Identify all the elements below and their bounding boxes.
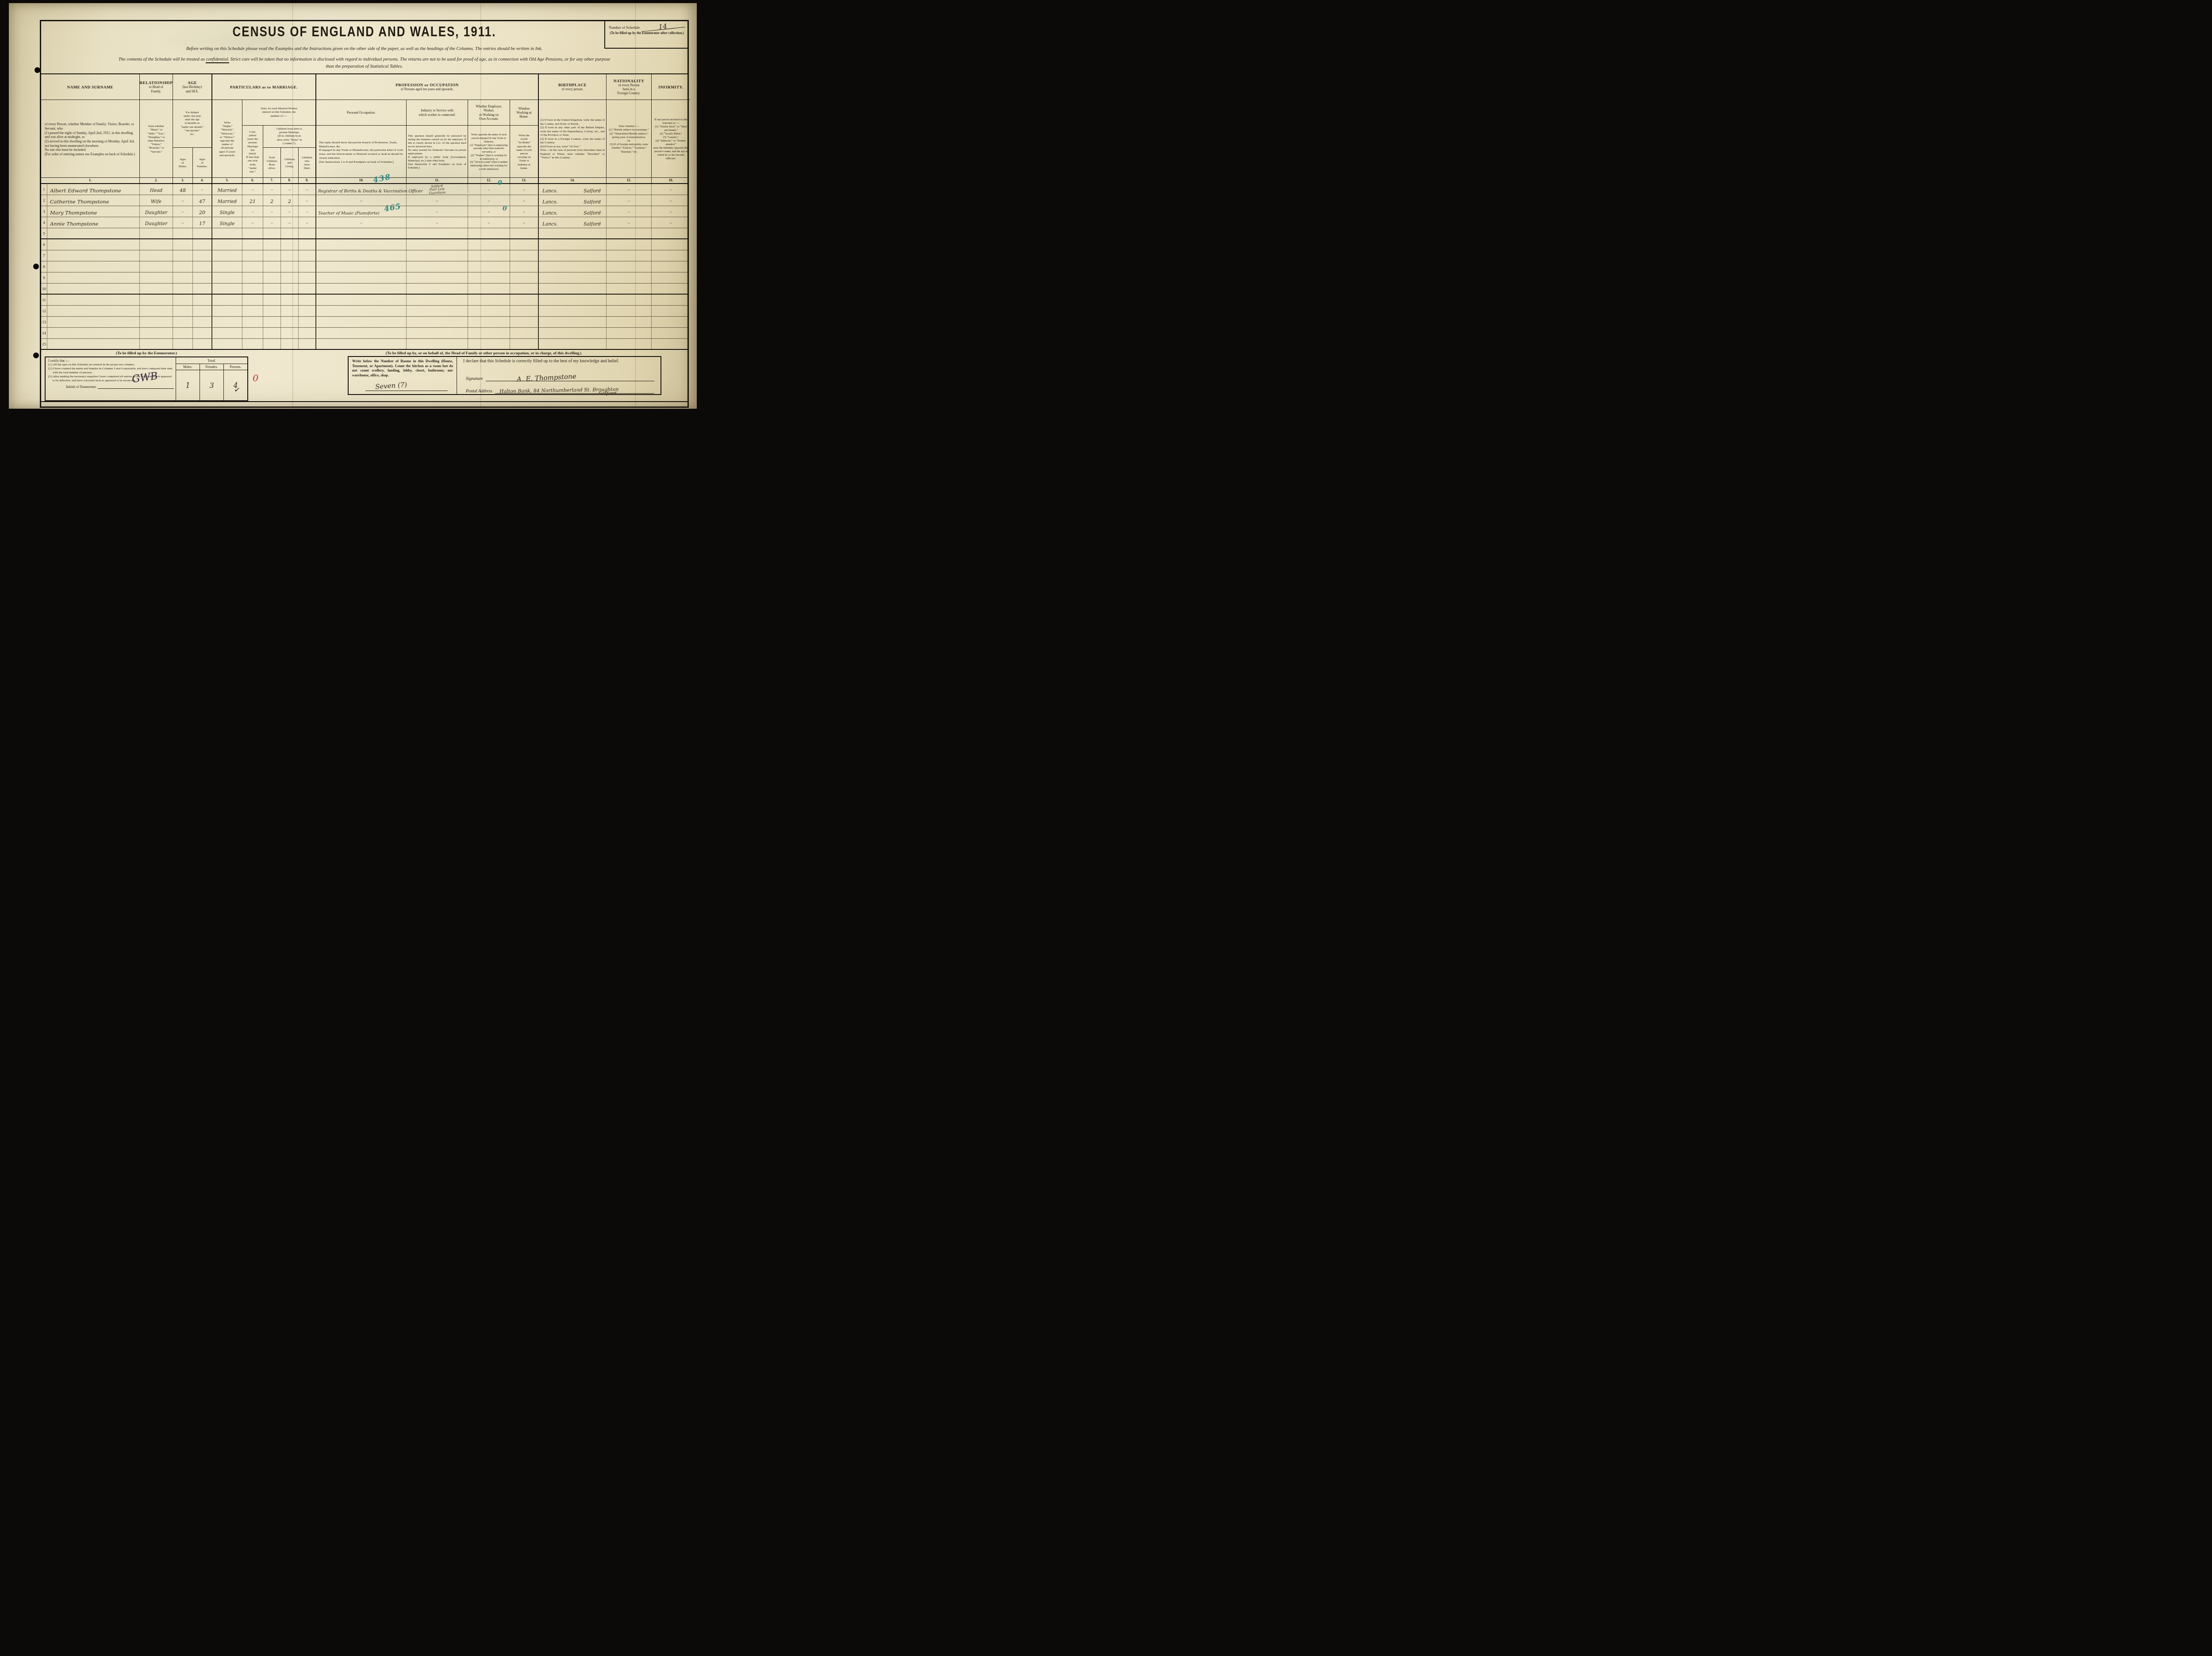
enumerator-section-header: (To be filled up by the Enumerator.) [45, 351, 248, 355]
schedule-number-label: Number of Schedule [609, 25, 640, 30]
empty-cell [242, 272, 263, 283]
empty-cell [281, 272, 299, 283]
age-females-entry: – [193, 184, 212, 195]
totals-females-column: Females. 3 [200, 364, 224, 400]
age-males-entry: – [173, 195, 193, 206]
empty-cell [607, 250, 652, 261]
col-header-personal-occupation: Personal Occupation. [316, 100, 407, 126]
empty-cell [173, 306, 193, 316]
column-number: 2. [140, 178, 173, 183]
empty-cell [193, 328, 212, 338]
empty-cell [242, 250, 263, 261]
empty-cell [316, 328, 407, 338]
empty-cell [316, 317, 407, 327]
empty-cell [510, 261, 539, 272]
punch-hole [33, 264, 39, 269]
empty-cell [299, 306, 316, 316]
empty-cell [407, 228, 468, 238]
column-number: 8. [281, 178, 299, 183]
col-instructions-birthplace: (1) If born in the United Kingdom, write… [539, 100, 607, 179]
empty-cell [212, 295, 242, 305]
empty-cell [47, 295, 140, 305]
females-label: Females. [200, 364, 223, 370]
children-living-entry: – [281, 184, 299, 195]
schedule-number-note: (To be filled up by the Enumerator after… [609, 31, 685, 35]
table-row-6: 6 [41, 239, 687, 250]
empty-cell [299, 284, 316, 294]
empty-cell [299, 317, 316, 327]
column-number-row: 1. 2. 3. 4. 5. 6. 7. 8. 9. 10. 11. 12. 1… [41, 178, 687, 184]
empty-cell [193, 317, 212, 327]
householder-section-header: (To be filled up by, or on behalf of, th… [289, 351, 678, 355]
rooms-cell: Write below the Number of Rooms in this … [349, 357, 457, 394]
row-number: 5 [41, 228, 47, 238]
empty-cell [468, 272, 510, 283]
col-header-age-sex: AGE(last Birthday) and SEX. [173, 74, 212, 100]
employer-worker-entry: – [468, 195, 510, 206]
empty-cell [539, 239, 607, 250]
empty-cell [607, 272, 652, 283]
empty-cell [468, 261, 510, 272]
table-row-13: 13 [41, 317, 687, 328]
scanned-census-page: CENSUS OF ENGLAND AND WALES, 1911. Numbe… [0, 0, 706, 414]
empty-cell [468, 328, 510, 338]
empty-cell [299, 272, 316, 283]
table-row-2: 2 Catherine Thompstone Wife – 47 Married… [41, 195, 687, 206]
marriage-entry: Single [212, 217, 242, 228]
empty-cell [281, 328, 299, 338]
empty-cell [212, 261, 242, 272]
paper-sheet: CENSUS OF ENGLAND AND WALES, 1911. Numbe… [9, 3, 697, 409]
empty-cell [407, 284, 468, 294]
empty-cell [652, 295, 690, 305]
empty-cell [47, 250, 140, 261]
empty-cell [173, 250, 193, 261]
empty-cell [212, 306, 242, 316]
empty-cell [140, 317, 173, 327]
col-instructions-nationality: State whether :— (1) “British subject by… [607, 100, 652, 179]
empty-cell [468, 239, 510, 250]
householder-box: Write below the Number of Rooms in this … [348, 356, 661, 395]
empty-cell [173, 261, 193, 272]
empty-cell [193, 272, 212, 283]
empty-cell [140, 228, 173, 238]
empty-cell [47, 239, 140, 250]
empty-cell [316, 306, 407, 316]
row-number: 8 [41, 261, 47, 272]
at-home-entry: – [510, 217, 539, 228]
empty-cell [242, 317, 263, 327]
signature-row: Signature A. E. Thompstone [466, 373, 654, 381]
industry-entry: – [407, 206, 468, 217]
table-row-11: 11 [41, 295, 687, 306]
row-number: 14 [41, 328, 47, 338]
empty-cell [539, 284, 607, 294]
name-entry: Annie Thompstone [47, 217, 140, 228]
instruction-line-1: Before writing on this Schedule please r… [41, 46, 687, 51]
green-zero-annotation: 0 [503, 205, 507, 212]
column-number: 10. [316, 178, 407, 183]
empty-cell [652, 317, 690, 327]
empty-cell [212, 339, 242, 349]
empty-cell [407, 306, 468, 316]
empty-cell [173, 295, 193, 305]
empty-cell [140, 250, 173, 261]
column-number: 16. [652, 178, 690, 183]
empty-cell [263, 317, 281, 327]
marriage-entry: Single [212, 206, 242, 217]
empty-cell [652, 272, 690, 283]
years-married-entry: – [242, 206, 263, 217]
empty-cell [212, 272, 242, 283]
empty-cell [316, 228, 407, 238]
empty-cell [539, 306, 607, 316]
column-number: 3. [173, 178, 193, 183]
empty-cell [193, 261, 212, 272]
empty-cell [193, 250, 212, 261]
empty-cell [468, 250, 510, 261]
employer-worker-entry: – [468, 184, 510, 195]
empty-cell [281, 284, 299, 294]
table-row-12: 12 [41, 306, 687, 317]
males-value: 1 [176, 370, 200, 400]
empty-cell [652, 250, 690, 261]
postal-address-row: Postal Address Halton Bank, 84 Northumbe… [466, 385, 654, 394]
nationality-entry: – [607, 206, 652, 217]
bottom-rule [41, 401, 687, 402]
empty-cell [539, 250, 607, 261]
empty-cell [510, 228, 539, 238]
at-home-entry: – [510, 195, 539, 206]
row-number: 11 [41, 295, 47, 305]
relationship-entry: Daughter [140, 206, 173, 217]
empty-cell [539, 339, 607, 349]
children-died-entry: – [299, 206, 316, 217]
col-header-children-born: Children born alive to present Marriage.… [263, 126, 316, 148]
empty-cell [299, 339, 316, 349]
empty-cell [281, 306, 299, 316]
relationship-entry: Daughter [140, 217, 173, 228]
age-males-entry: – [173, 206, 193, 217]
empty-cell [263, 239, 281, 250]
industry-entry: – [407, 195, 468, 206]
empty-cell [242, 228, 263, 238]
empty-cell [140, 272, 173, 283]
relationship-entry: Wife [140, 195, 173, 206]
empty-cell [407, 239, 468, 250]
empty-cell [263, 339, 281, 349]
census-form: CENSUS OF ENGLAND AND WALES, 1911. Numbe… [40, 20, 689, 408]
initials-label: Initials of Enumerator [66, 385, 96, 389]
postal-address-town: Salford [599, 391, 617, 396]
green-zero-annotation: 0 [498, 180, 502, 187]
empty-cell [607, 328, 652, 338]
empty-cell [299, 228, 316, 238]
col-header-working-at-home: Whether Working at Home. [510, 100, 539, 126]
col-instructions-married-woman: State, for each Married Woman entered on… [242, 100, 316, 126]
table-row-1: 1 Albert Edward Thompstone Head 48 – Mar… [41, 184, 687, 195]
empty-cell [263, 228, 281, 238]
column-number: 5. [212, 178, 242, 183]
empty-cell [193, 306, 212, 316]
empty-cell [607, 239, 652, 250]
empty-cell [299, 328, 316, 338]
rooms-instructions: Write below the Number of Rooms in this … [352, 359, 453, 378]
birthplace-entry: Lancs.Salford [539, 206, 607, 217]
confidential-underlined: confidential. [206, 57, 229, 63]
schedule-number-value: 14 [641, 22, 685, 32]
males-label: Males. [176, 364, 200, 370]
nationality-entry: – [607, 217, 652, 228]
empty-cell [212, 284, 242, 294]
col-header-children-total: Total Children Born Alive. [263, 148, 281, 179]
empty-cell [607, 306, 652, 316]
empty-cell [316, 339, 407, 349]
col-header-nationality: NATIONALITYof every Person born in a For… [607, 74, 652, 100]
empty-cell [242, 306, 263, 316]
nationality-entry: – [607, 195, 652, 206]
row-number: 9 [41, 272, 47, 283]
marriage-entry: Married [212, 195, 242, 206]
col-header-infirmity: INFIRMITY. [652, 74, 690, 100]
empty-cell [316, 250, 407, 261]
table-row-9: 9 [41, 272, 687, 284]
empty-cell [407, 261, 468, 272]
empty-cell [140, 284, 173, 294]
persons-label: Persons. [224, 364, 247, 370]
empty-cell [173, 272, 193, 283]
name-entry: Albert Edward Thompstone [47, 184, 140, 195]
col-header-employer-worker: Whether Employer, Worker, or Working on … [468, 100, 510, 126]
empty-cell [281, 250, 299, 261]
tick-mark: ✓ [234, 385, 241, 395]
col-instructions-industry: This question should generally be answer… [407, 126, 468, 179]
table-body: 1 Albert Edward Thompstone Head 48 – Mar… [41, 184, 687, 350]
empty-cell [140, 306, 173, 316]
relationship-entry: Head [140, 184, 173, 195]
empty-cell [140, 261, 173, 272]
empty-cell [407, 339, 468, 349]
empty-cell [510, 284, 539, 294]
empty-cell [652, 328, 690, 338]
empty-cell [47, 317, 140, 327]
empty-cell [140, 328, 173, 338]
nationality-entry: – [607, 184, 652, 195]
declaration-cell: I declare that this Schedule is correctl… [457, 357, 661, 394]
totals-males-column: Males. 1 [176, 364, 200, 400]
table-row-4: 4 Annie Thompstone Daughter – 17 Single … [41, 217, 687, 228]
signature-label: Signature [466, 376, 483, 381]
empty-cell [193, 295, 212, 305]
age-males-entry: 48 [173, 184, 193, 195]
initials-line [98, 384, 174, 389]
name-entry: Mary Thompstone [47, 206, 140, 217]
empty-cell [299, 261, 316, 272]
col-header-relationship: RELATIONSHIPto Head of Family. [140, 74, 173, 100]
children-died-entry: – [299, 184, 316, 195]
empty-cell [510, 328, 539, 338]
empty-cell [281, 339, 299, 349]
column-number: 13. [510, 178, 539, 183]
empty-cell [242, 295, 263, 305]
employer-worker-entry: – [468, 217, 510, 228]
schedule-number-box: Number of Schedule 14 (To be filled up b… [604, 21, 687, 49]
empty-cell [281, 228, 299, 238]
empty-cell [468, 284, 510, 294]
empty-cell [316, 284, 407, 294]
marriage-entry: Married [212, 184, 242, 195]
table-row-7: 7 [41, 250, 687, 261]
empty-cell [299, 295, 316, 305]
empty-cell [539, 328, 607, 338]
totals-header: Total. [176, 357, 247, 364]
empty-cell [281, 317, 299, 327]
row-number: 4 [41, 217, 47, 228]
birthplace-entry: Lancs.Salford [539, 195, 607, 206]
empty-cell [607, 284, 652, 294]
empty-cell [47, 284, 140, 294]
col-instructions-employer-worker: Write opposite the name of each person e… [468, 126, 510, 179]
empty-cell [173, 239, 193, 250]
column-number: 15. [607, 178, 652, 183]
empty-cell [263, 272, 281, 283]
row-number: 15 [41, 339, 47, 349]
empty-cell [140, 339, 173, 349]
empty-cell [407, 317, 468, 327]
birthplace-entry: Lancs.Salford [539, 184, 607, 195]
table-row-3: 3 Mary Thompstone Daughter – 20 Single –… [41, 206, 687, 217]
empty-cell [263, 284, 281, 294]
children-born-entry: – [263, 206, 281, 217]
infirmity-entry: – [652, 184, 690, 195]
column-number: 9. [299, 178, 316, 183]
row-number: 12 [41, 306, 47, 316]
empty-cell [242, 339, 263, 349]
table-row-10: 10 [41, 284, 687, 295]
empty-cell [468, 295, 510, 305]
empty-cell [652, 228, 690, 238]
confidential-text-pre: The contents of the Schedule will be tre… [119, 57, 206, 62]
col-header-children-living: Children still Living. [281, 148, 299, 179]
table-row-5: 5 [41, 228, 687, 239]
empty-cell [468, 306, 510, 316]
empty-cell [607, 228, 652, 238]
empty-cell [510, 306, 539, 316]
empty-cell [539, 261, 607, 272]
empty-cell [281, 295, 299, 305]
at-home-entry: – [510, 184, 539, 195]
empty-cell [263, 261, 281, 272]
col-header-children-died: Children who have Died. [299, 148, 316, 179]
empty-cell [140, 239, 173, 250]
col-header-ages-females: Ages of Females. [193, 148, 212, 179]
females-value: 3 [200, 370, 223, 400]
empty-cell [212, 239, 242, 250]
empty-cell [316, 272, 407, 283]
infirmity-entry: – [652, 195, 690, 206]
signature-line: A. E. Thompstone [486, 373, 654, 381]
age-females-entry: 47 [193, 195, 212, 206]
occupation-entry: Registrar of Births & Deaths & Vaccinati… [316, 184, 407, 195]
col-instructions-age-infants: For Infants under one year state the age… [173, 100, 212, 148]
empty-cell [510, 272, 539, 283]
children-died-entry: – [299, 195, 316, 206]
empty-cell [316, 261, 407, 272]
empty-cell [468, 228, 510, 238]
empty-cell [299, 250, 316, 261]
row-number: 6 [41, 239, 47, 250]
empty-cell [539, 272, 607, 283]
empty-cell [263, 328, 281, 338]
declaration-text: I declare that this Schedule is correctl… [463, 359, 654, 364]
empty-cell [242, 239, 263, 250]
empty-cell [47, 272, 140, 283]
instruction-line-2: The contents of the Schedule will be tre… [41, 57, 687, 62]
empty-cell [281, 239, 299, 250]
col-instructions-occupation: The reply should show the precise branch… [316, 126, 407, 179]
empty-cell [242, 284, 263, 294]
column-number: 12. [468, 178, 510, 183]
children-born-entry: – [263, 217, 281, 228]
rooms-line [365, 391, 448, 391]
empty-cell [47, 306, 140, 316]
col-header-name: NAME AND SURNAME [41, 74, 140, 100]
col-instructions-marital-condition: Write “Single,” “Married,” “Widower,” or… [212, 100, 242, 179]
children-died-entry: – [299, 217, 316, 228]
empty-cell [173, 317, 193, 327]
signature-value: A. E. Thompstone [516, 372, 576, 383]
empty-cell [652, 306, 690, 316]
empty-cell [47, 339, 140, 349]
col-instructions-working-at-home: Write the words “At Home” opposite the n… [510, 126, 539, 179]
table-row-8: 8 [41, 261, 687, 272]
group-header-profession: PROFESSION or OCCUPATIONof Persons aged … [316, 74, 539, 100]
red-check-annotation: 0 [253, 373, 258, 383]
certify-intro: I certify that :— [48, 359, 174, 363]
empty-cell [193, 339, 212, 349]
years-married-entry: 21 [242, 195, 263, 206]
age-females-entry: 17 [193, 217, 212, 228]
certify-item: (1.) All the ages on this Schedule are e… [48, 363, 174, 367]
children-living-entry: 2 [281, 195, 299, 206]
empty-cell [193, 284, 212, 294]
empty-cell [407, 328, 468, 338]
empty-cell [173, 339, 193, 349]
empty-cell [539, 228, 607, 238]
empty-cell [242, 261, 263, 272]
row-number: 1 [41, 184, 47, 195]
empty-cell [212, 228, 242, 238]
children-living-entry: – [281, 217, 299, 228]
empty-cell [242, 328, 263, 338]
postal-address-line: Halton Bank, 84 Northumberland St. Broug… [495, 385, 654, 394]
col-header-industry: Industry or Service with which worker is… [407, 100, 468, 126]
column-number: 7. [263, 178, 281, 183]
children-living-entry: – [281, 206, 299, 217]
empty-cell [263, 250, 281, 261]
years-married-entry: – [242, 217, 263, 228]
col-header-years-married: Com- pleted years the present Marriage h… [242, 126, 263, 179]
empty-cell [510, 295, 539, 305]
empty-cell [652, 339, 690, 349]
table-row-15: 15 [41, 339, 687, 350]
infirmity-entry: – [652, 206, 690, 217]
table-row-14: 14 [41, 328, 687, 339]
empty-cell [316, 295, 407, 305]
empty-cell [510, 250, 539, 261]
children-born-entry: – [263, 184, 281, 195]
rooms-value: Seven (7) [375, 381, 407, 391]
